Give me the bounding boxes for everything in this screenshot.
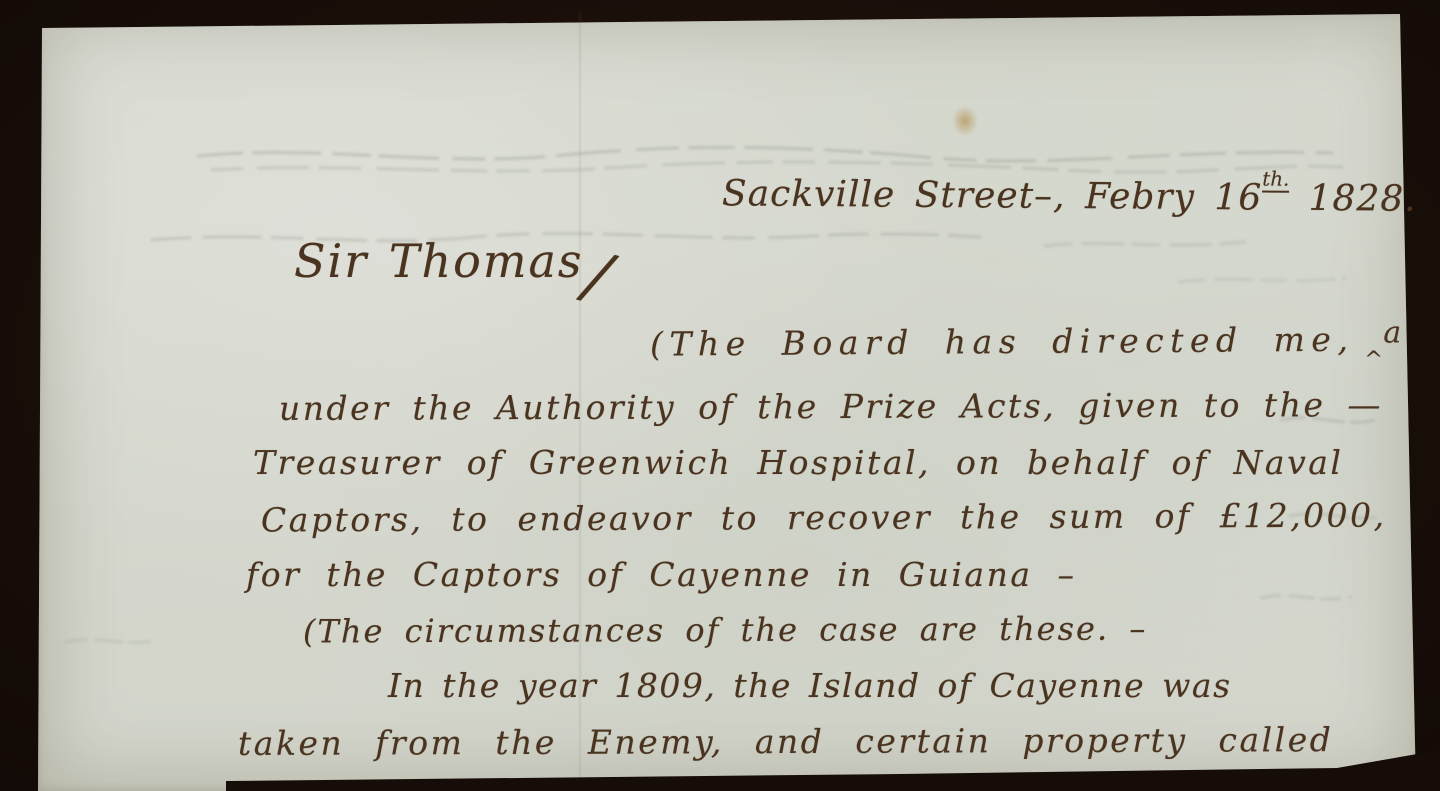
date-ordinal-suffix: th. xyxy=(1262,168,1289,193)
scanned-letter-page: Sackville Street–, Febry 16th. 1828. Sir… xyxy=(0,0,1440,791)
inserted-word: a xyxy=(1383,315,1403,350)
salutation-flourish: / xyxy=(587,274,610,280)
dateline-place-and-date: Sackville Street–, Febry 16 xyxy=(722,173,1262,218)
dateline: Sackville Street–, Febry 16th. 1828. xyxy=(722,173,1417,219)
salutation: Sir Thomas/ xyxy=(294,234,607,288)
letter-line: taken from the Enemy, and certain proper… xyxy=(238,720,1333,763)
letter-line: Treasurer of Greenwich Hospital, on beha… xyxy=(253,443,1343,482)
dateline-year: 1828. xyxy=(1289,178,1417,220)
letter-line: under the Authority of the Prize Acts, g… xyxy=(279,385,1383,428)
letter-line: Captors, to endeavor to recover the sum … xyxy=(261,496,1387,540)
letter-line: (The Board has directed me,^a xyxy=(650,319,1399,363)
letter-line: for the Captors of Cayenne in Guiana – xyxy=(246,555,1077,594)
letter-line: In the year 1809, the Island of Cayenne … xyxy=(388,666,1232,705)
letter-line-text: (The Board has directed me, xyxy=(650,320,1355,364)
insertion-caret: ^ xyxy=(1364,347,1389,372)
letter-line: (The circumstances of the case are these… xyxy=(303,610,1147,651)
salutation-name: Sir Thomas xyxy=(294,234,584,288)
